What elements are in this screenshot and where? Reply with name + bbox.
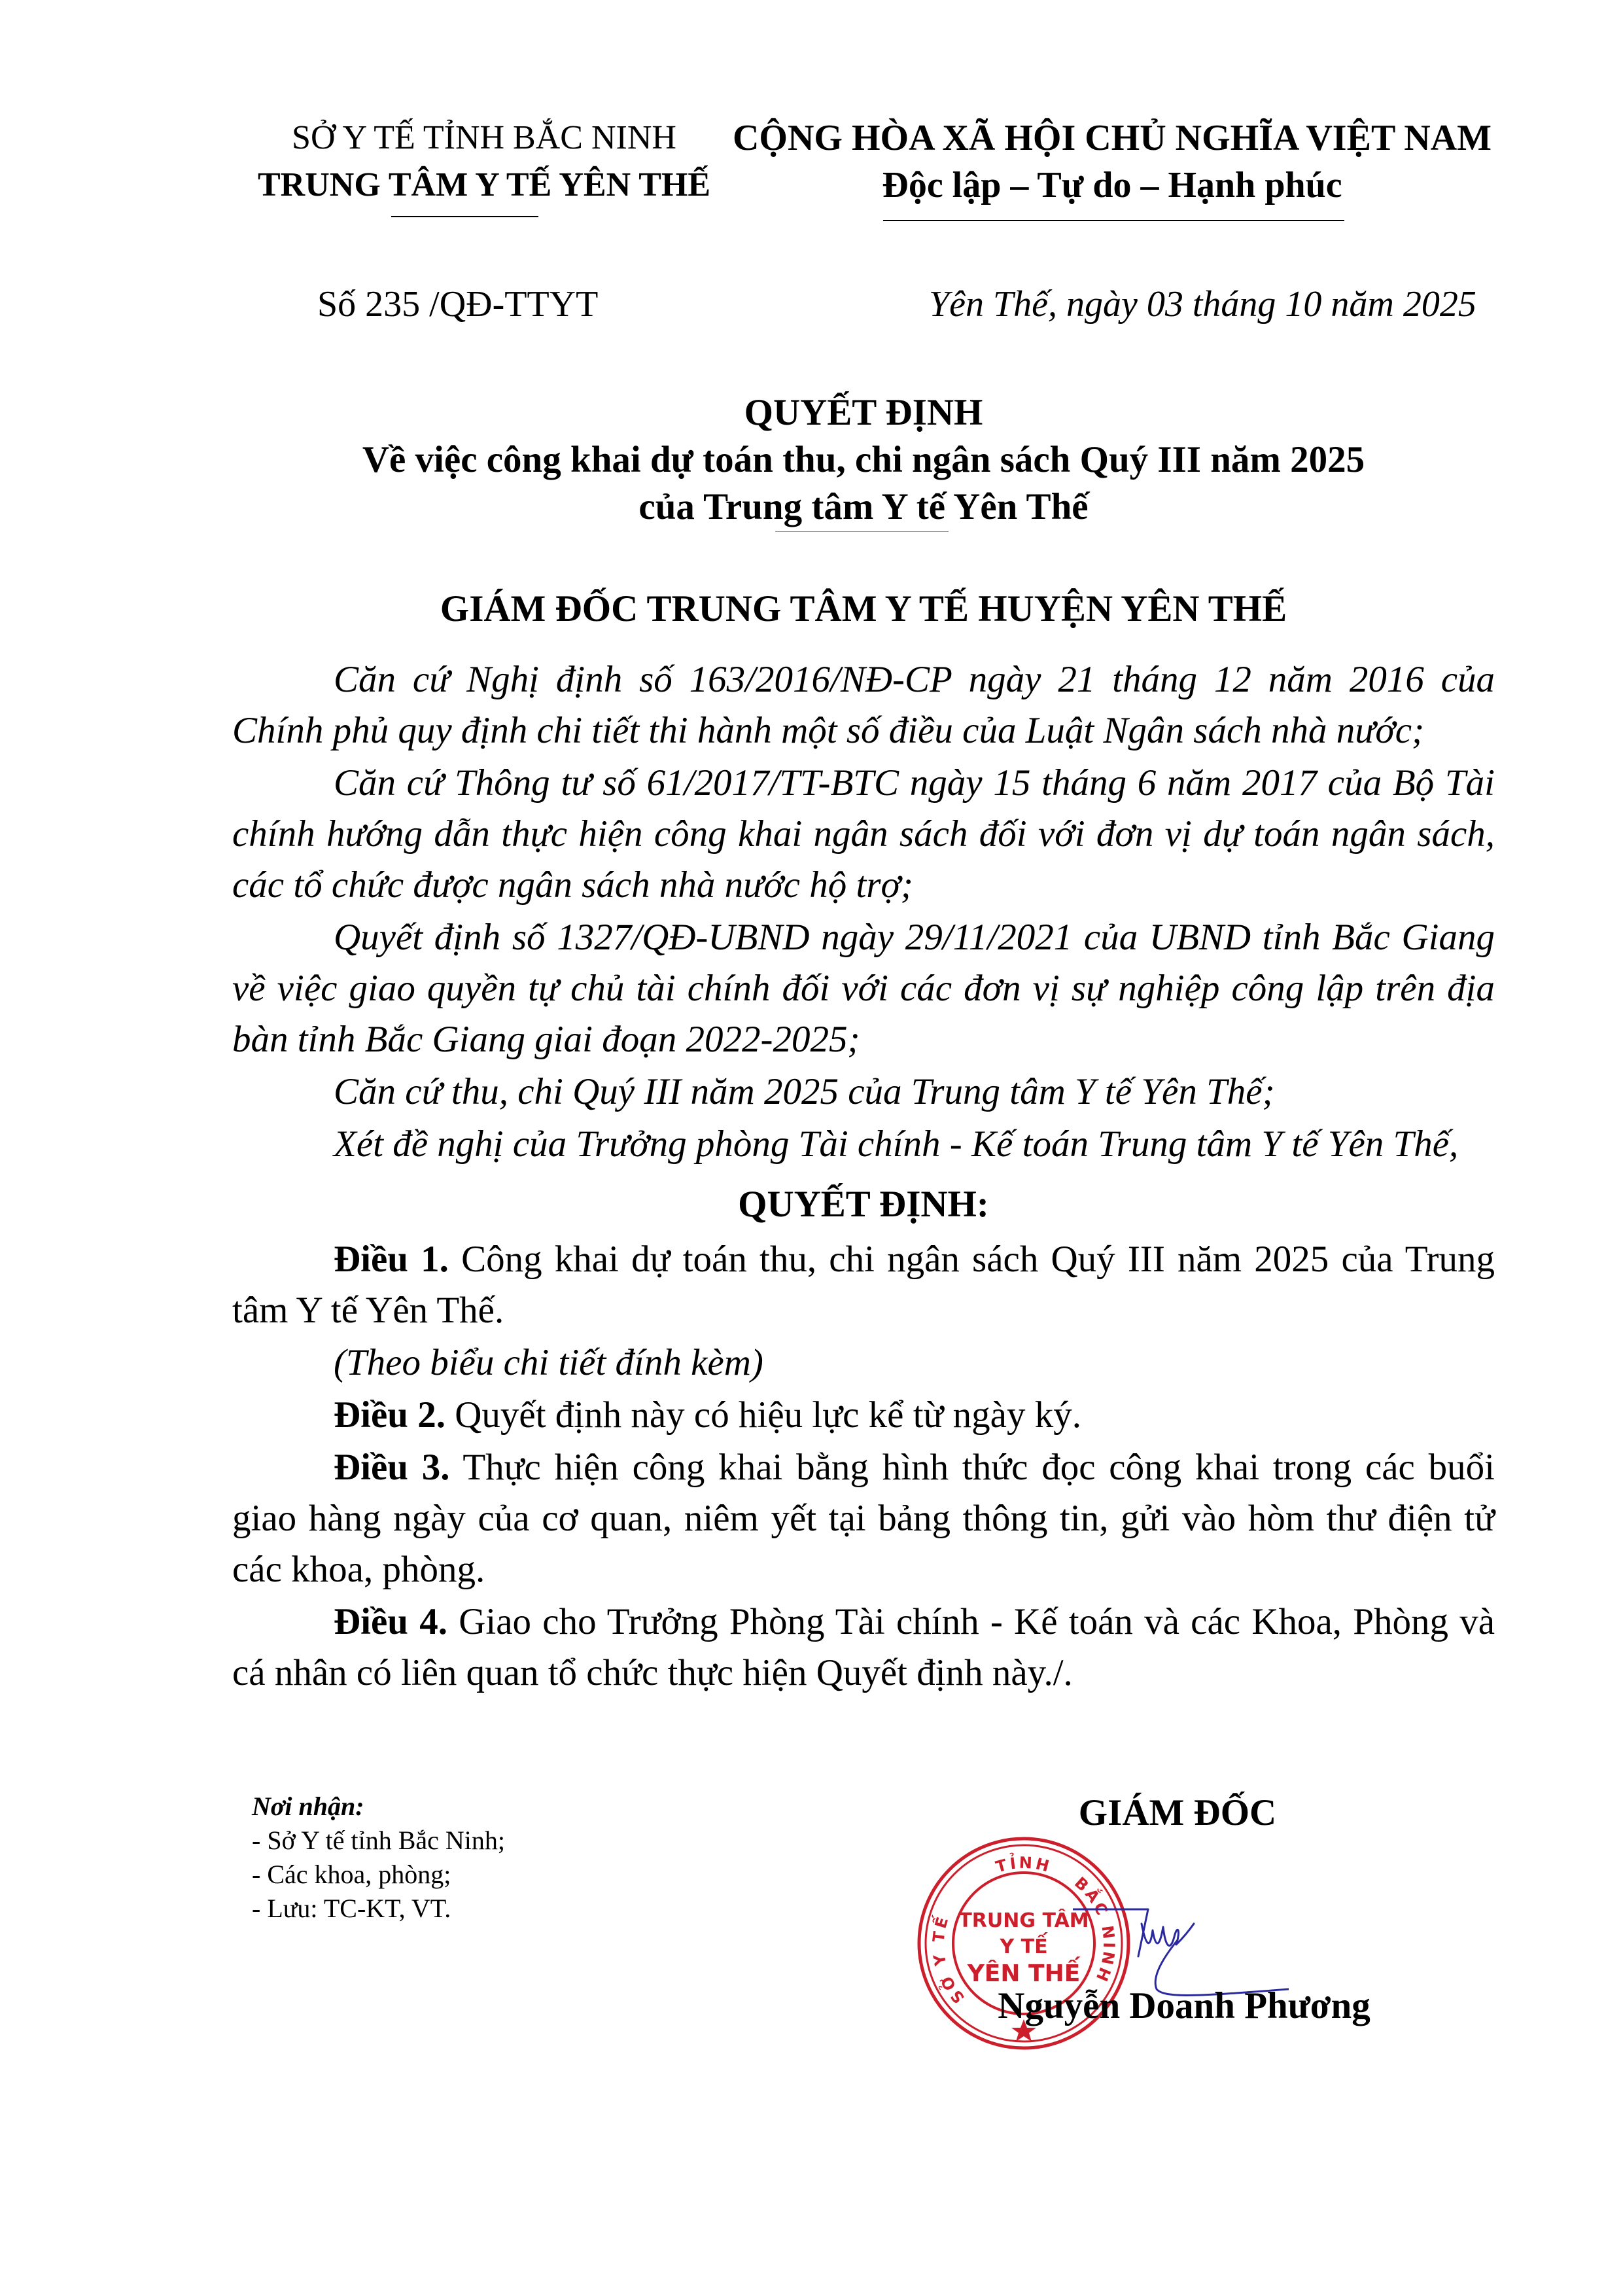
document-number: Số 235 /QĐ-TTYT [317,281,598,327]
document-body: Căn cứ Nghị định số 163/2016/NĐ-CP ngày … [232,654,1495,1700]
article-2: Điều 2. Quyết định này có hiệu lực kể từ… [232,1390,1495,1441]
recipient-item: - Các khoa, phòng; [252,1858,775,1892]
preamble-item: Căn cứ Thông tư số 61/2017/TT-BTC ngày 1… [232,758,1495,911]
article-label: Điều 3. [334,1447,450,1488]
svg-text:Y TẾ: Y TẾ [999,1932,1048,1958]
document-title-block: QUYẾT ĐỊNH Về việc công khai dự toán thu… [232,389,1495,531]
svg-text:TRUNG TÂM: TRUNG TÂM [958,1909,1089,1932]
preamble-item: Xét đề nghị của Trưởng phòng Tài chính -… [232,1119,1495,1170]
article-label: Điều 2. [334,1394,445,1436]
article-4: Điều 4. Giao cho Trưởng Phòng Tài chính … [232,1597,1495,1699]
article-text: Quyết định này có hiệu lực kể từ ngày ký… [445,1394,1081,1436]
document-subject-line-2: của Trung tâm Y tế Yên Thế [232,484,1495,531]
signer-title: GIÁM ĐỐC [1040,1790,1315,1837]
issuing-authority: GIÁM ĐỐC TRUNG TÂM Y TẾ HUYỆN YÊN THẾ [232,586,1495,633]
article-3: Điều 3. Thực hiện công khai bằng hình th… [232,1442,1495,1595]
preamble-item: Căn cứ Nghị định số 163/2016/NĐ-CP ngày … [232,654,1495,756]
decision-heading: QUYẾT ĐỊNH: [232,1179,1495,1230]
country-name: CỘNG HÒA XÃ HỘI CHỦ NGHĨA VIỆT NAM [720,115,1505,162]
parent-agency: SỞ Y TẾ TỈNH BẮC NINH [216,115,752,162]
issuing-agency-block: SỞ Y TẾ TỈNH BẮC NINH TRUNG TÂM Y TẾ YÊN… [216,115,752,209]
title-divider [775,531,949,532]
recipient-item: - Sở Y tế tỉnh Bắc Ninh; [252,1824,775,1858]
document-subject-line-1: Về việc công khai dự toán thu, chi ngân … [232,436,1495,484]
preamble-item: Căn cứ thu, chi Quý III năm 2025 của Tru… [232,1067,1495,1118]
recipient-item: - Lưu: TC-KT, VT. [252,1892,775,1926]
preamble-item: Quyết định số 1327/QĐ-UBND ngày 29/11/20… [232,912,1495,1065]
recipients-block: Nơi nhận: - Sở Y tế tỉnh Bắc Ninh; - Các… [252,1790,775,1926]
motto-divider [883,220,1344,221]
national-motto-block: CỘNG HÒA XÃ HỘI CHỦ NGHĨA VIỆT NAM Độc l… [720,115,1505,209]
article-1-note: (Theo biểu chi tiết đính kèm) [232,1337,1495,1388]
article-label: Điều 1. [334,1239,449,1280]
document-date: Yên Thế, ngày 03 tháng 10 năm 2025 [929,281,1476,327]
article-1: Điều 1. Công khai dự toán thu, chi ngân … [232,1234,1495,1336]
signer-name: Nguyễn Doanh Phương [949,1983,1420,2030]
recipients-heading: Nơi nhận: [252,1790,775,1824]
agency-name: TRUNG TÂM Y TẾ YÊN THẾ [216,162,752,209]
national-motto: Độc lập – Tự do – Hạnh phúc [720,162,1505,209]
article-label: Điều 4. [334,1601,447,1642]
document-type: QUYẾT ĐỊNH [232,389,1495,436]
article-note-text: (Theo biểu chi tiết đính kèm) [334,1342,763,1383]
agency-divider [391,216,538,217]
